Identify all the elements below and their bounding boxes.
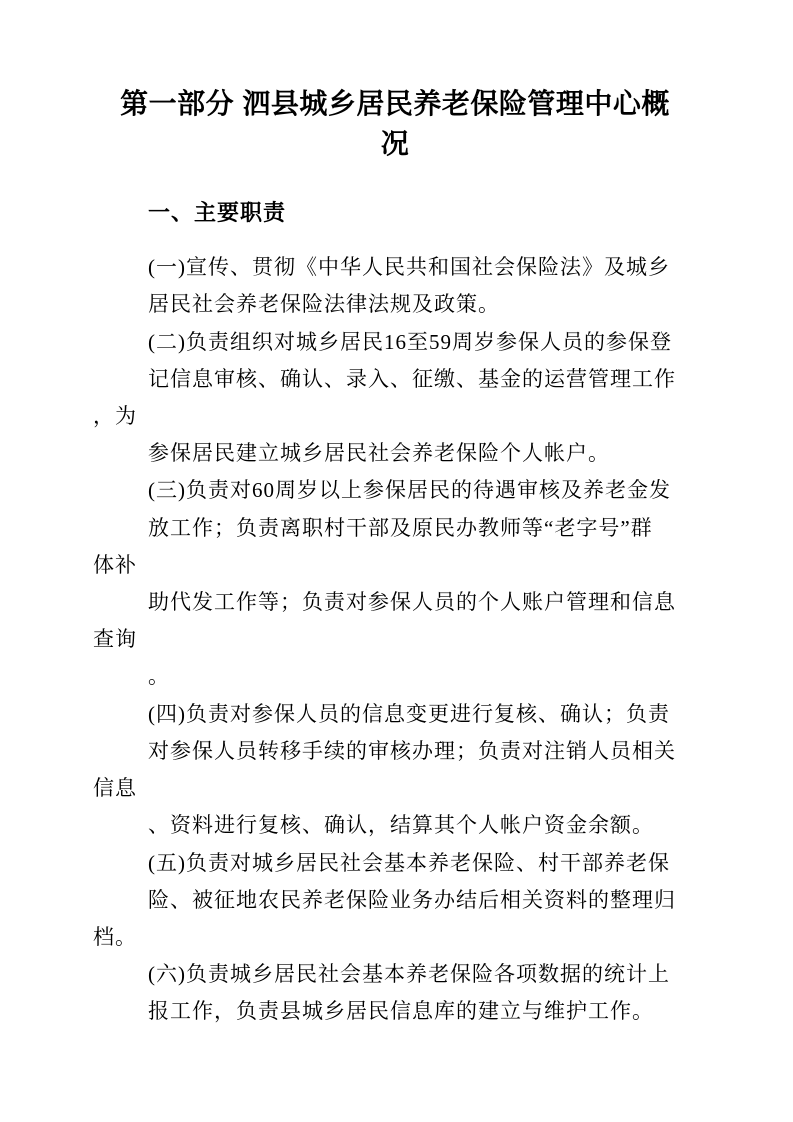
- body-line: (一)宣传、贯彻《中华人民共和国社会保险法》及城乡: [93, 249, 697, 286]
- body-line: (三)负责对60周岁以上参保居民的待遇审核及养老金发: [93, 472, 697, 509]
- body-line: 查询: [93, 621, 697, 658]
- section-heading: 一、主要职责: [93, 194, 697, 231]
- document-title: 第一部分 泗县城乡居民养老保险管理中心概况: [115, 84, 675, 164]
- body-line: 记信息审核、确认、录入、征缴、基金的运营管理工作: [93, 361, 697, 398]
- body-line: 对参保人员转移手续的审核办理；负责对注销人员相关: [93, 733, 697, 770]
- body-line: 体补: [93, 547, 697, 584]
- body-line: 险、被征地农民养老保险业务办结后相关资料的整理归: [93, 882, 697, 919]
- body-line: 助代发工作等；负责对参保人员的个人账户管理和信息: [93, 584, 697, 621]
- body-line: 、资料进行复核、确认，结算其个人帐户资金余额。: [93, 807, 697, 844]
- body-line: (四)负责对参保人员的信息变更进行复核、确认；负责: [93, 696, 697, 733]
- document-page: 第一部分 泗县城乡居民养老保险管理中心概况 一、主要职责 (一)宣传、贯彻《中华…: [0, 0, 793, 1122]
- body-line: 居民社会养老保险法律法规及政策。: [93, 286, 697, 323]
- body-line: (二)负责组织对城乡居民16至59周岁参保人员的参保登: [93, 324, 697, 361]
- body-line: 放工作；负责离职村干部及原民办教师等“老字号”群: [93, 510, 697, 547]
- body-line: 档。: [93, 919, 697, 956]
- body-line: 信息: [93, 770, 697, 807]
- body-line: (五)负责对城乡居民社会基本养老保险、村干部养老保: [93, 845, 697, 882]
- body-line: ，为: [93, 398, 697, 435]
- body-line: 参保居民建立城乡居民社会养老保险个人帐户。: [93, 435, 697, 472]
- document-body: (一)宣传、贯彻《中华人民共和国社会保险法》及城乡 居民社会养老保险法律法规及政…: [93, 249, 697, 1030]
- body-line: 。: [93, 658, 697, 695]
- body-line: (六)负责城乡居民社会基本养老保险各项数据的统计上: [93, 956, 697, 993]
- body-line: 报工作，负责县城乡居民信息库的建立与维护工作。: [93, 993, 697, 1030]
